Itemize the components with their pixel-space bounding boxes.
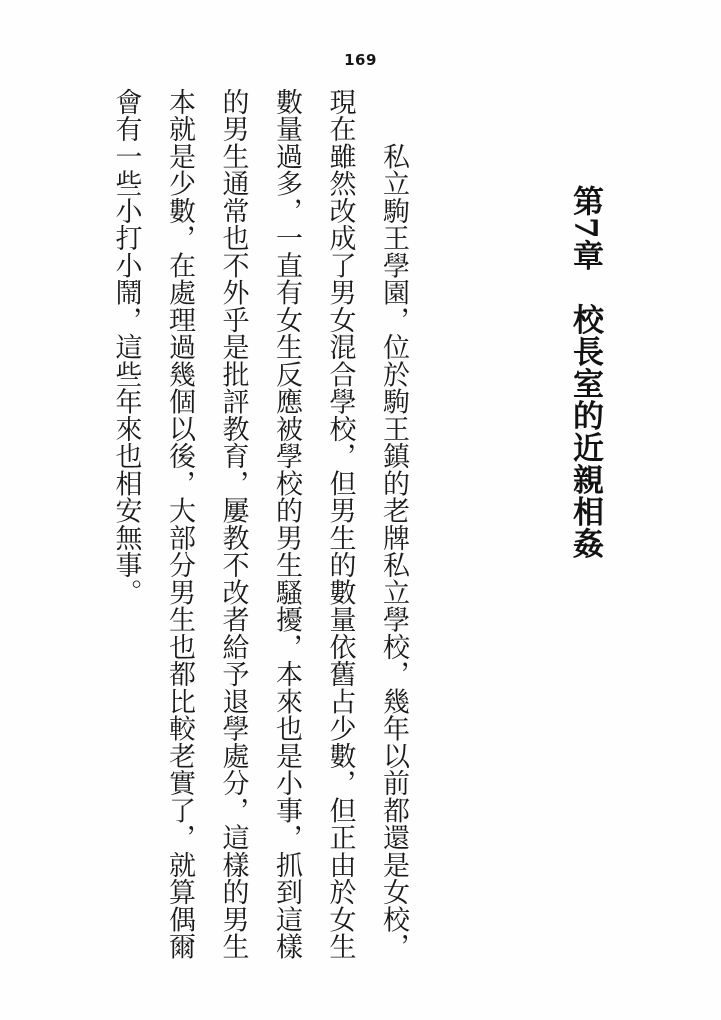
text-column-6: 會有一些小打小鬧，這些年來也相安無事。 [99, 88, 153, 960]
page-number: 169 [0, 51, 721, 69]
text-column-3: 數量過多，一直有女生反應被學校的男生騷擾，本來也是小事，抓到這樣 [260, 88, 314, 960]
page-content: 第7章 校長室的近親相姦 私立駒王學園，位於駒王鎮的老牌私立學校，幾年以前都還是… [99, 88, 607, 960]
body-text: 私立駒王學園，位於駒王鎮的老牌私立學校，幾年以前都還是女校， 現在雖然改成了男女… [99, 88, 420, 960]
text-column-4: 的男生通常也不外乎是批評教育，屢教不改者給予退學處分，這樣的男生 [206, 88, 260, 960]
text-column-5: 本就是少數，在處理過幾個以後，大部分男生也都比較老實了，就算偶爾 [153, 88, 207, 960]
text-column-2: 現在雖然改成了男女混合學校，但男生的數量依舊占少數，但正由於女生 [313, 88, 367, 960]
text-column-1: 私立駒王學園，位於駒王鎮的老牌私立學校，幾年以前都還是女校， [367, 88, 421, 960]
chapter-title: 第7章 校長室的近親相姦 [563, 88, 607, 960]
book-page: 169 第7章 校長室的近親相姦 私立駒王學園，位於駒王鎮的老牌私立學校，幾年以… [0, 0, 721, 1020]
